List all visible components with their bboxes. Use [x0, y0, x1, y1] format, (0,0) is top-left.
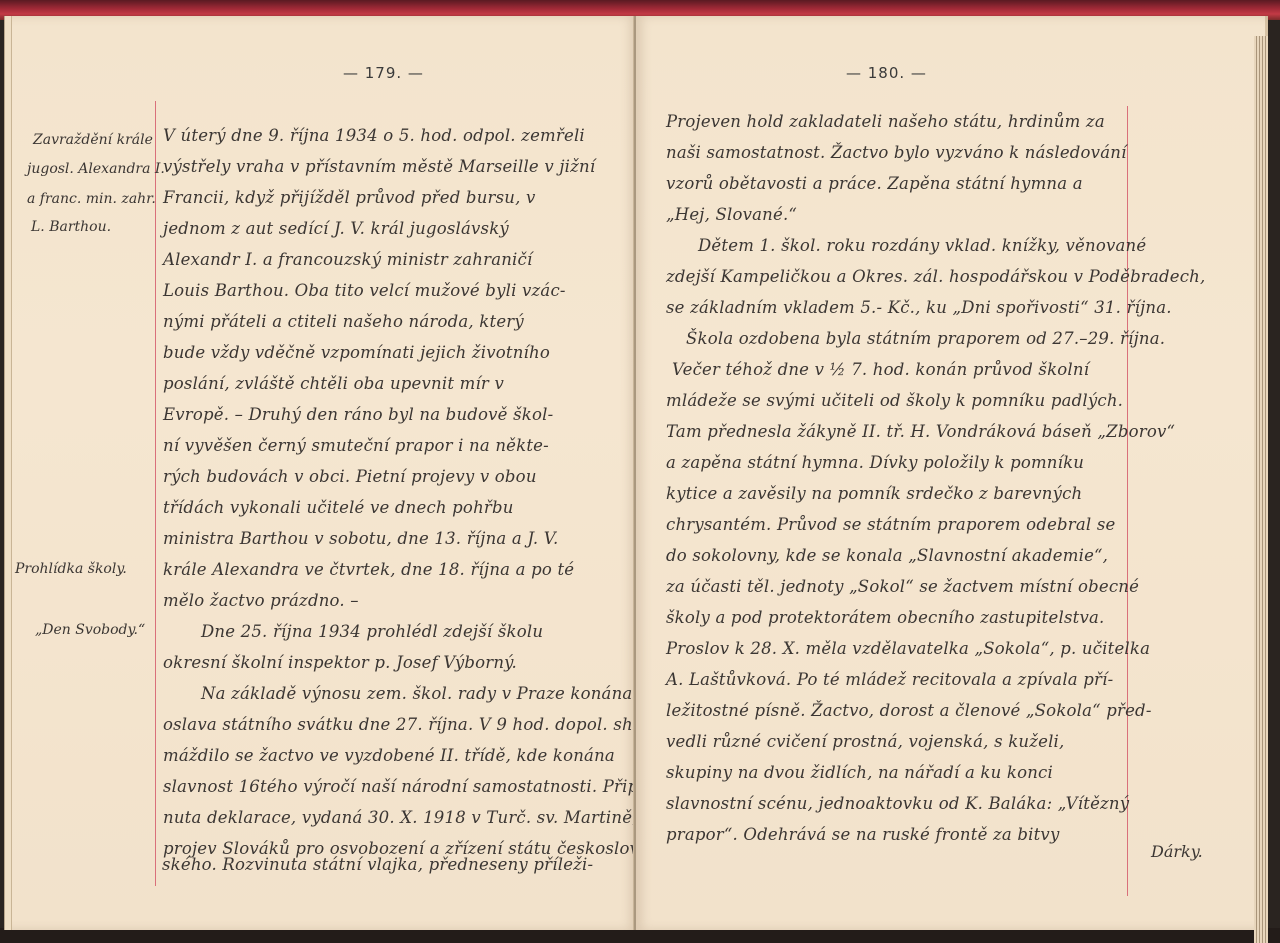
text-line: vzorů obětavosti a práce. Zapěna státní … — [666, 174, 1083, 193]
margin-note: a franc. min. zahr. — [27, 191, 156, 207]
margin-note: Zavraždění krále — [33, 132, 153, 148]
text-line: Škola ozdobena byla státním praporem od … — [686, 329, 1165, 348]
right-page: — 180. — Dárky. Projeven hold zakladatel… — [636, 16, 1268, 930]
margin-note: Dárky. — [1151, 842, 1203, 861]
text-line: Proslov k 28. X. měla vzdělavatelka „Sok… — [666, 639, 1150, 658]
text-line: oslava státního svátku dne 27. října. V … — [163, 715, 657, 734]
text-line: Evropě. – Druhý den ráno byl na budově š… — [163, 405, 553, 424]
text-line: Dětem 1. škol. roku rozdány vklad. knížk… — [698, 236, 1146, 255]
page-number: — 180. — — [846, 64, 927, 82]
text-line: zdejší Kampeličkou a Okres. zál. hospodá… — [666, 267, 1205, 286]
text-line: Dne 25. října 1934 prohlédl zdejší školu — [201, 622, 543, 641]
text-line: slavnostní scénu, jednoaktovku od K. Bal… — [666, 794, 1129, 813]
text-line: Alexandr I. a francouzský ministr zahran… — [163, 250, 532, 269]
text-line: ského. Rozvinuta státní vlajka, přednese… — [162, 855, 593, 874]
text-line: rých budovách v obci. Pietní projevy v o… — [163, 467, 537, 486]
text-line: Tam přednesla žákyně II. tř. H. Vondráko… — [666, 422, 1175, 441]
text-line: chrysantém. Průvod se státním praporem o… — [666, 515, 1115, 534]
text-line: jednom z aut sedící J. V. král jugoslávs… — [163, 219, 509, 238]
text-line: máždilo se žactvo ve vyzdobené II. třídě… — [163, 746, 615, 765]
text-line: mělo žactvo prázdno. – — [163, 591, 359, 610]
text-line: třídách vykonali učitelé ve dnech pohřbu — [163, 498, 514, 517]
text-line: okresní školní inspektor p. Josef Výborn… — [163, 653, 517, 672]
text-line: „Hej, Slované.“ — [666, 205, 797, 224]
text-line: ministra Barthou v sobotu, dne 13. října… — [163, 529, 558, 548]
margin-note: „Den Svobody.“ — [35, 622, 145, 638]
text-line: mládeže se svými učiteli od školy k pomn… — [666, 391, 1123, 410]
margin-rule — [155, 101, 156, 886]
margin-note: jugosl. Alexandra I. — [27, 161, 165, 177]
left-page: — 179. — Zavraždění krále jugosl. Alexan… — [4, 16, 636, 930]
text-line: V úterý dne 9. října 1934 o 5. hod. odpo… — [163, 126, 585, 145]
text-line: Louis Barthou. Oba tito velcí mužové byl… — [163, 281, 566, 300]
text-line: Francii, když přijížděl průvod před burs… — [163, 188, 536, 207]
text-line: ní vyvěšen černý smuteční prapor i na ně… — [163, 436, 549, 455]
text-line: ležitostné písně. Žactvo, dorost a členo… — [666, 701, 1152, 720]
text-line: výstřely vraha v přístavním městě Marsei… — [163, 157, 595, 176]
text-line: školy a pod protektorátem obecního zastu… — [666, 608, 1104, 627]
text-line: nými přáteli a ctiteli našeho národa, kt… — [163, 312, 524, 331]
text-line: Na základě výnosu zem. škol. rady v Praz… — [201, 684, 632, 703]
text-line: bude vždy vděčně vzpomínati jejich život… — [163, 343, 550, 362]
page-number: — 179. — — [343, 64, 424, 82]
margin-note: L. Barthou. — [31, 219, 111, 235]
text-line: vedli různé cvičení prostná, vojenská, s… — [666, 732, 1064, 751]
book-cover-bottom — [0, 928, 1280, 943]
text-line: za účasti těl. jednoty „Sokol“ se žactve… — [666, 577, 1139, 596]
text-line: skupiny na dvou židlích, na nářadí a ku … — [666, 763, 1053, 782]
text-line: do sokolovny, kde se konala „Slavnostní … — [666, 546, 1108, 565]
text-line: A. Laštůvková. Po té mládež recitovala a… — [666, 670, 1113, 689]
text-line: krále Alexandra ve čtvrtek, dne 18. říjn… — [163, 560, 574, 579]
text-line: slavnost 16tého výročí naší národní samo… — [163, 777, 680, 796]
text-line: naši samostatnost. Žactvo bylo vyzváno k… — [666, 143, 1127, 162]
margin-note: Prohlídka školy. — [15, 561, 127, 577]
page-edges — [1254, 36, 1268, 943]
text-line: prapor“. Odehrává se na ruské frontě za … — [666, 825, 1059, 844]
margin-rule — [1127, 106, 1128, 896]
text-line: Večer téhož dne v ½ 7. hod. konán průvod… — [672, 360, 1089, 379]
text-line: se základním vkladem 5.- Kč., ku „Dni sp… — [666, 298, 1172, 317]
text-line: poslání, zvláště chtěli oba upevnit mír … — [163, 374, 504, 393]
text-line: kytice a zavěsily na pomník srdečko z ba… — [666, 484, 1082, 503]
text-line: nuta deklarace, vydaná 30. X. 1918 v Tur… — [163, 808, 672, 827]
text-line: a zapěna státní hymna. Dívky položily k … — [666, 453, 1084, 472]
text-line: Projeven hold zakladateli našeho státu, … — [666, 112, 1105, 131]
